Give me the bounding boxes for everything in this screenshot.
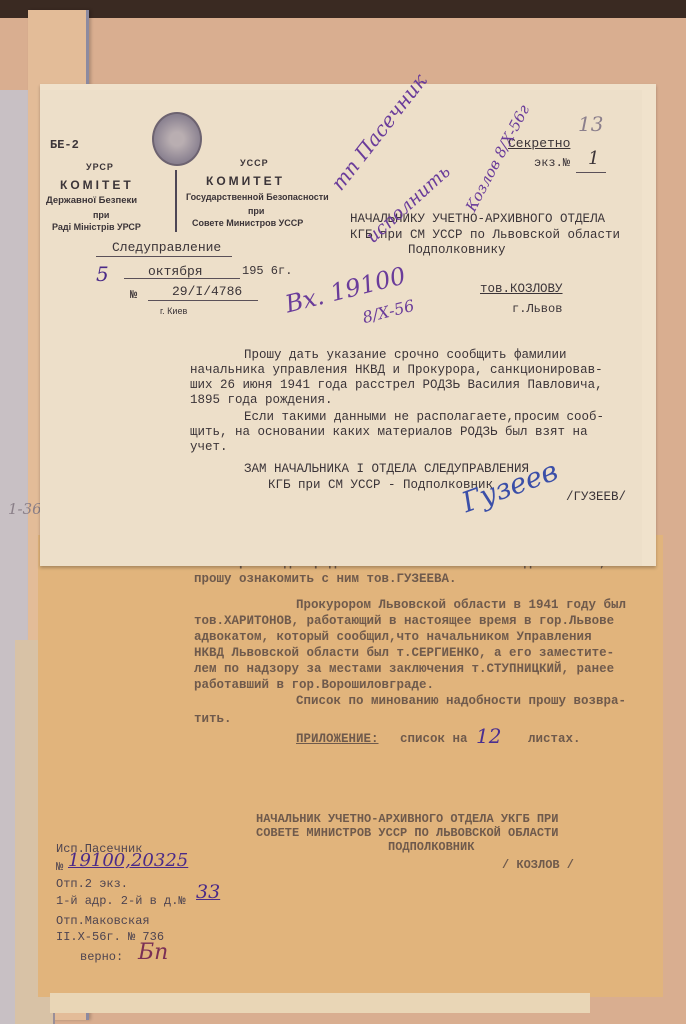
left-committee-line3: Раді Міністрів УРСР <box>52 222 141 232</box>
letter-number: 29/I/4786 <box>172 284 242 299</box>
letter-month: октября <box>148 264 203 279</box>
footer-number-label: № <box>56 860 63 874</box>
letter-year: 195 6г. <box>242 264 292 278</box>
addressee-line3: Подполковнику <box>408 243 506 257</box>
attachment-unit: листах. <box>528 732 581 746</box>
left-committee-title: КОМІТЕТ <box>60 178 134 192</box>
body-line: Прошу дать указание срочно сообщить фами… <box>244 348 567 362</box>
reply-line: НКВД Львовской области был т.СЕРГИЕНКО, … <box>194 646 614 660</box>
reply-line: работавший в гор.Ворошиловграде. <box>194 678 434 692</box>
left-republic: УРСР <box>86 162 114 172</box>
right-republic: УССР <box>240 158 269 168</box>
copy-number: 1 <box>588 148 599 169</box>
header-divider <box>175 170 177 232</box>
right-committee-line1: Государственной Безопасности <box>186 192 329 202</box>
footer-number: 19100,20325 <box>68 850 188 871</box>
right-committee-title: КОМИТЕТ <box>206 174 285 188</box>
body-line: учет. <box>190 440 228 454</box>
addressee-city: г.Львов <box>512 302 562 316</box>
letter-city: г. Киев <box>160 306 187 316</box>
body-line: ших 26 июня 1941 года расстрел РОДЗЬ Вас… <box>190 378 603 392</box>
sender-name: /ГУЗЕЕВ/ <box>566 490 626 504</box>
reply-signer-name: / КОЗЛОВ / <box>502 858 574 872</box>
body-line: 1895 года рождения. <box>190 393 333 407</box>
reply-signature-line: ПОДПОЛКОВНИК <box>388 840 474 854</box>
addressee-name: тов.КОЗЛОВУ <box>480 282 563 296</box>
right-committee-line3: Совете Министров УССР <box>192 218 303 228</box>
attachment-label: ПРИЛОЖЕНИЕ: <box>296 732 379 746</box>
department: Следуправление <box>112 240 221 255</box>
body-line: начальника управления НКВД и Прокурора, … <box>190 363 603 377</box>
footer-distribution: 1-й адр. 2-й в д.№ <box>56 894 186 908</box>
reply-line: тить. <box>194 712 232 726</box>
copy-label: экз.№ <box>534 156 570 170</box>
footer-verified-signature: Бп <box>138 940 168 965</box>
attachment-count: 12 <box>476 724 501 748</box>
reply-line: тов.ХАРИТОНОВ, работающий в настоящее вр… <box>194 614 614 628</box>
reply-line: Прокурором Львовской области в 1941 году… <box>296 598 626 612</box>
reply-line: Список по минованию надобности прошу воз… <box>296 694 626 708</box>
footer-typist: Отп.Маковская <box>56 914 150 928</box>
left-committee-line2: при <box>93 210 109 220</box>
paper-strip <box>50 993 590 1013</box>
form-code: БЕ-2 <box>50 138 79 152</box>
right-committee-line2: при <box>248 206 264 216</box>
body-line: Если такими данными не располагаете,прос… <box>244 410 604 424</box>
reply-line: прошу ознакомить с ним тов.ГУЗЕЕВА. <box>194 572 457 586</box>
page-number: 13 <box>578 112 603 136</box>
reply-signature-line: НАЧАЛЬНИК УЧЕТНО-АРХИВНОГО ОТДЕЛА УКГБ П… <box>256 812 558 826</box>
reply-signature-line: СОВЕТЕ МИНИСТРОВ УССР ПО ЛЬВОВСКОЙ ОБЛАС… <box>256 826 558 840</box>
footer-case-number: 33 <box>196 881 220 903</box>
left-committee-line1: Державної Безпеки <box>46 195 137 206</box>
reply-line: лем по надзору за местами заключения т.С… <box>194 662 614 676</box>
footer-verified-label: верно: <box>80 950 123 964</box>
reply-line: адвокатом, который сообщил,что начальник… <box>194 630 592 644</box>
footer-copies: Отп.2 экз. <box>56 877 128 891</box>
attachment-text: список на <box>400 732 468 746</box>
letter-day: 5 <box>96 262 109 286</box>
sender-line1: ЗАМ НАЧАЛЬНИКА I ОТДЕЛА СЛЕДУПРАВЛЕНИЯ <box>244 462 529 476</box>
body-line: щить, на основании каких материалов РОДЗ… <box>190 425 588 439</box>
ussr-coat-of-arms-icon <box>152 112 202 166</box>
number-label: № <box>130 288 137 302</box>
